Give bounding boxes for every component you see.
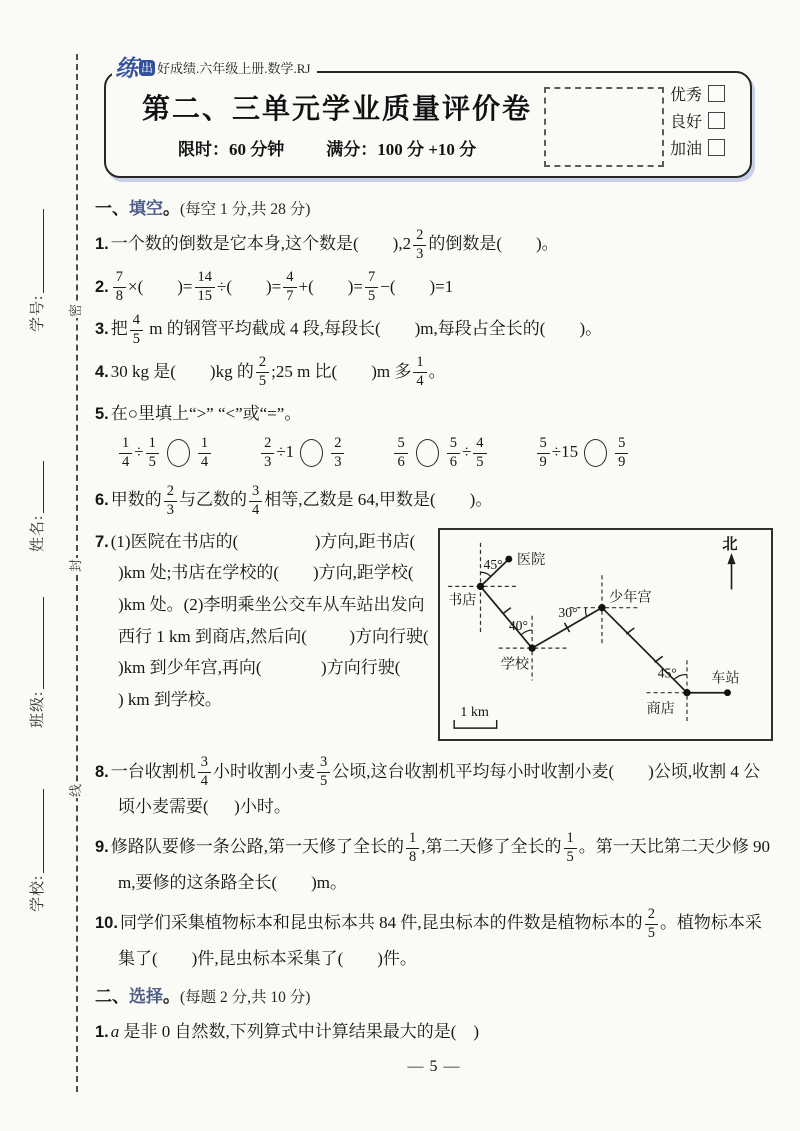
fraction: 59 — [537, 436, 550, 471]
class-blank — [29, 597, 44, 689]
student-id-field: 学号: — [26, 209, 47, 332]
fraction: 15 — [564, 831, 577, 866]
school-angle: 40° — [509, 618, 528, 633]
question-number: 4. — [95, 363, 111, 381]
fraction: 34 — [249, 484, 262, 519]
fraction: 23 — [164, 484, 177, 519]
rating-row-excellent: 优秀 — [670, 82, 725, 109]
fraction: 45 — [130, 313, 143, 348]
fraction: 1415 — [195, 270, 216, 305]
brand-script-logo: 练 — [115, 55, 138, 82]
hospital-label: 医院 — [517, 552, 545, 568]
fraction: 56 — [394, 436, 407, 471]
fill-question-1: 1.一个数的倒数是它本身,这个数是( ),223的倒数是( )。 — [95, 227, 773, 263]
full-score: 满分：100 分 +10 分 — [326, 140, 476, 159]
fraction: 25 — [256, 355, 269, 390]
paper-title: 第二、三单元学业质量评价卷 — [142, 87, 532, 127]
student-id-label: 学号: — [30, 295, 46, 332]
question-number: 2. — [95, 278, 111, 296]
comparison-circle — [416, 439, 439, 467]
fraction: 56 — [447, 436, 460, 471]
question-number: 1. — [95, 1023, 111, 1041]
section-1-heading: 一、填空。(每空 1 分,共 28 分) — [95, 194, 773, 219]
youth-palace-label: 少年宫 — [609, 588, 651, 605]
question-number: 3. — [95, 320, 111, 338]
scale-label: 1 km — [460, 704, 489, 720]
comparison-circle — [167, 439, 190, 467]
rating-checklist: 优秀 良好 加油 — [670, 82, 725, 163]
fill-question-3: 3.把45 m 的钢管平均截成 4 段,每段长( )m,每段占全长的( )。 — [95, 312, 773, 348]
comparison-circle — [300, 439, 323, 467]
score-box — [544, 87, 664, 167]
fraction: 15 — [146, 436, 159, 471]
excellent-checkbox — [708, 85, 725, 102]
fraction: 35 — [317, 755, 330, 790]
fraction: 23 — [413, 228, 426, 263]
north-arrow-icon — [727, 553, 735, 589]
fill-question-5-comparisons: 14÷151423÷1235656÷4559÷1559 — [95, 432, 773, 473]
exam-paper-page: { "margin": { "student_id_label": "学号:",… — [0, 0, 800, 1131]
question-number: 1. — [95, 235, 111, 253]
distance-ticks — [503, 607, 663, 662]
header-box: 第二、三单元学业质量评价卷 限时：60 分钟满分：100 分 +10 分 优秀 … — [104, 71, 752, 178]
seal-char-xian: 线 — [66, 783, 85, 798]
rating-row-keepgoing: 加油 — [670, 136, 725, 163]
map-diagram: 北 医院 书店 学校 少年宫 商店 车站 45° 40° 30° 45° 1 k… — [438, 528, 773, 741]
class-label: 班级: — [30, 691, 46, 728]
station-label: 车站 — [711, 669, 739, 686]
keepgoing-checkbox — [708, 139, 725, 156]
choice-question-1: 1.a 是非 0 自然数,下列算式中计算结果最大的是( ) — [95, 1015, 773, 1048]
section-2-heading: 二、选择。(每题 2 分,共 10 分) — [95, 982, 773, 1007]
fraction: 25 — [645, 907, 658, 942]
question-number: 6. — [95, 491, 111, 509]
time-limit: 限时：60 分钟 — [178, 140, 284, 159]
name-field: 姓名: — [26, 461, 47, 552]
class-field: 班级: — [26, 597, 47, 728]
school-blank — [29, 789, 44, 873]
scale-bracket — [454, 720, 497, 728]
fraction: 18 — [406, 831, 419, 866]
name-blank — [29, 461, 44, 513]
brand-text: 好成绩.六年级上册.数学.RJ — [157, 61, 310, 76]
page-number: — 5 — — [95, 1058, 773, 1076]
school-label: 学校 — [501, 655, 530, 672]
fill-question-4: 4.30 kg 是( )kg 的25;25 m 比( )m 多14。 — [95, 355, 773, 391]
fraction: 75 — [365, 270, 378, 305]
fraction: 45 — [473, 436, 486, 471]
youth-palace-angle: 30° — [558, 604, 577, 619]
shop-angle: 45° — [658, 665, 677, 680]
fraction: 34 — [198, 755, 211, 790]
content-area: 一、填空。(每空 1 分,共 28 分) 1.一个数的倒数是它本身,这个数是( … — [95, 194, 773, 1076]
school-field: 学校: — [26, 789, 47, 912]
shop-label: 商店 — [646, 701, 674, 717]
question-number: 7. — [95, 533, 111, 551]
student-id-blank — [29, 209, 44, 293]
comparison-circle — [584, 439, 607, 467]
fill-question-6: 6.甲数的23与乙数的34相等,乙数是 64,甲数是( )。 — [95, 483, 773, 519]
good-checkbox — [708, 112, 725, 129]
question-number: 5. — [95, 405, 111, 423]
question-number: 8. — [95, 763, 111, 781]
brand-line: 练出好成绩.六年级上册.数学.RJ — [112, 50, 317, 83]
fraction: 23 — [261, 436, 274, 471]
fill-question-5: 5.在○里填上“>” “<”或“=”。 — [95, 397, 773, 430]
bookstore-label: 书店 — [448, 591, 476, 608]
seal-char-mi: 密 — [66, 303, 85, 318]
fraction: 59 — [615, 436, 628, 471]
fill-question-7: 北 医院 书店 学校 少年宫 商店 车站 45° 40° 30° 45° 1 k… — [95, 526, 773, 747]
fraction: 14 — [198, 436, 211, 471]
fraction: 14 — [119, 436, 132, 471]
fraction: 47 — [283, 270, 296, 305]
fill-question-2: 2.78×( )=1415÷( )=47+( )=75−( )=1 — [95, 270, 773, 306]
fraction: 23 — [331, 436, 344, 471]
paper-subtitle: 限时：60 分钟满分：100 分 +10 分 — [178, 135, 476, 160]
fill-question-9: 9.修路队要修一条公路,第一天修了全长的18,第二天修了全长的15。第一天比第二… — [95, 830, 773, 899]
seal-char-feng: 封 — [66, 558, 85, 573]
north-label: 北 — [722, 536, 737, 553]
school-label: 学校: — [30, 875, 46, 912]
question-number: 9. — [95, 838, 111, 856]
rating-row-good: 良好 — [670, 109, 725, 136]
brand-badge-icon: 出 — [139, 60, 155, 76]
fill-question-8: 8.一台收割机34小时收割小麦35公顷,这台收割机平均每小时收割小麦( )公顷,… — [95, 755, 773, 824]
name-label: 姓名: — [30, 515, 46, 552]
fill-question-10: 10.同学们采集植物标本和昆虫标本共 84 件,昆虫标本的件数是植物标本的25。… — [95, 906, 773, 975]
fraction: 14 — [413, 355, 426, 390]
bookstore-angle: 45° — [484, 557, 503, 572]
question-number: 10. — [95, 914, 120, 932]
fraction: 78 — [113, 270, 126, 305]
